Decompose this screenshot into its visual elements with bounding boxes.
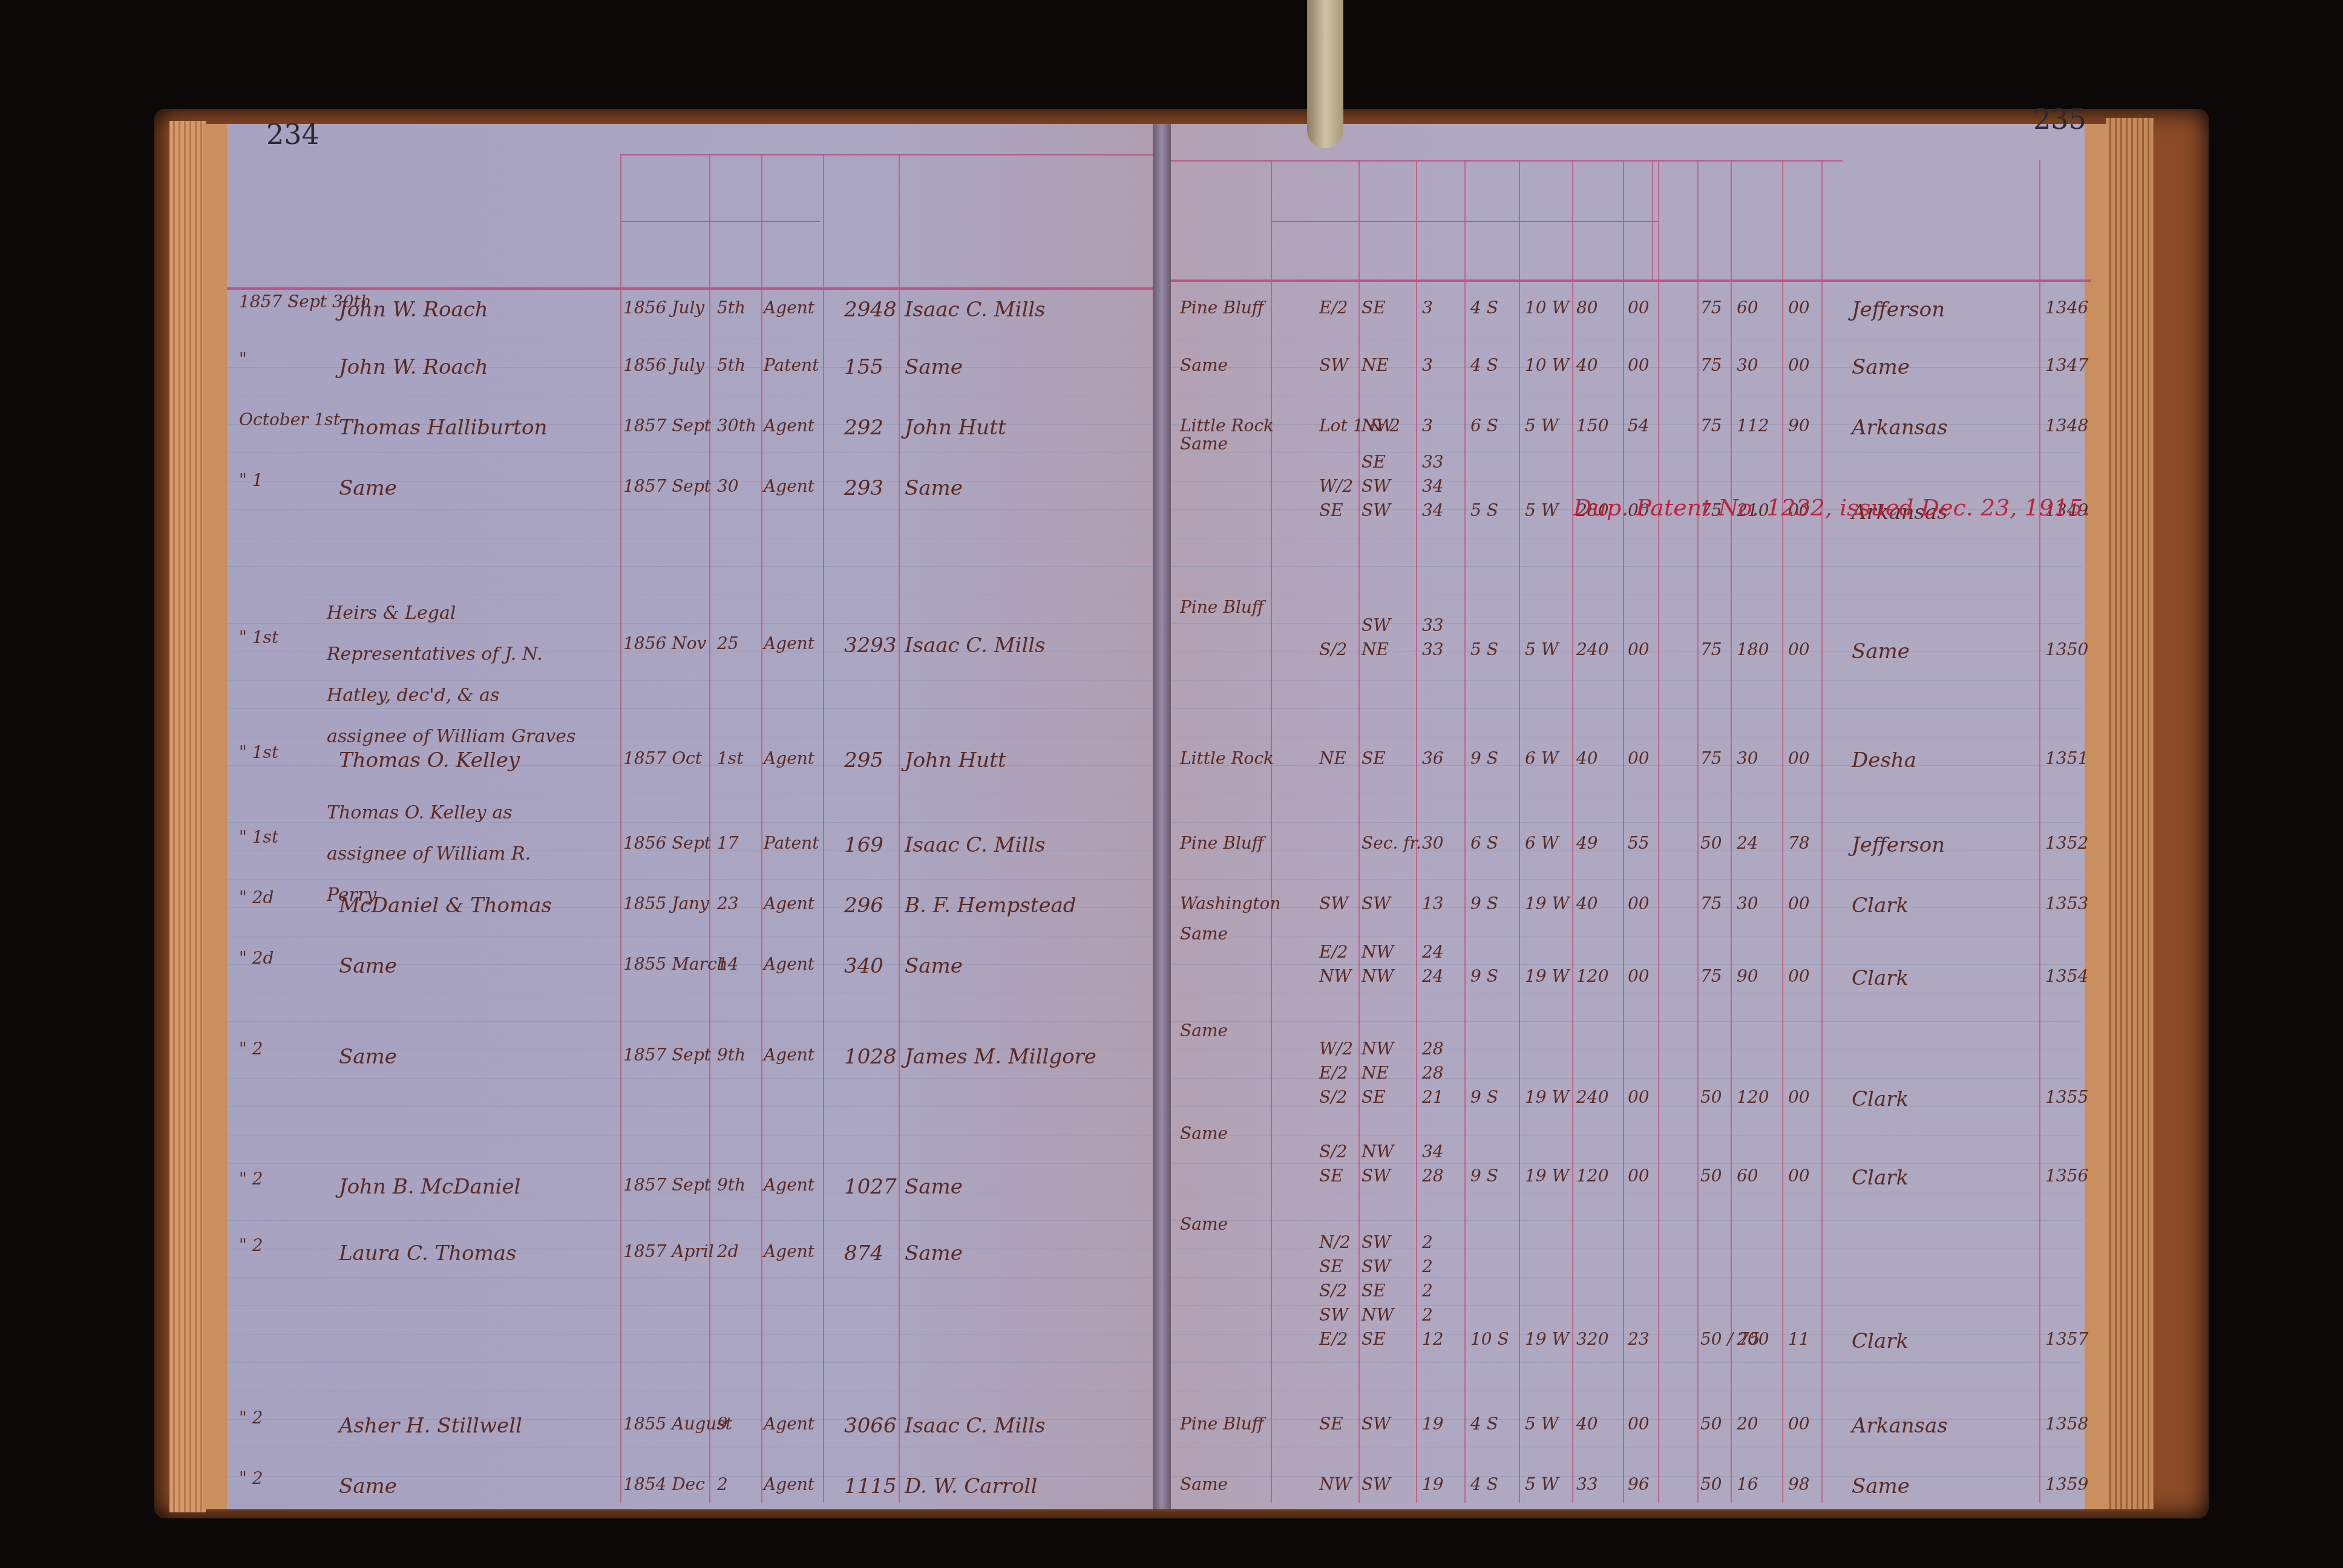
amount-cents: 00 xyxy=(1788,895,1810,912)
certificate-number: 340 xyxy=(844,956,883,976)
quarter-section: SE xyxy=(1362,750,1386,767)
issue-date: 1855 March xyxy=(623,956,728,973)
blue-line xyxy=(227,1106,1153,1107)
register-officer: Same xyxy=(905,357,963,377)
header-bottom-rule xyxy=(227,287,1153,290)
blue-line xyxy=(1171,708,2082,709)
patent-number: 1355 xyxy=(2045,1089,2088,1106)
amount-dollars: 60 xyxy=(1737,1168,1758,1184)
tract-part: S/2 xyxy=(1319,1143,1347,1160)
tract-part: SW xyxy=(1319,1307,1348,1324)
county: Jefferson xyxy=(1852,835,1945,855)
amount-dollars: 16 xyxy=(1737,1476,1758,1493)
issued-by: Agent xyxy=(764,895,814,912)
issue-date: 1854 Dec xyxy=(623,1476,705,1493)
section-number: 24 xyxy=(1422,944,1444,961)
land-office: Pine Bluff xyxy=(1180,1416,1264,1432)
patent-number: 1357 xyxy=(2045,1331,2088,1348)
page-edges-left xyxy=(169,121,206,1512)
range: 5 W xyxy=(1525,1416,1559,1432)
tract-part: S/2 xyxy=(1319,1089,1347,1106)
acres: 120 xyxy=(1576,968,1608,985)
price-per-acre: 50 xyxy=(1700,1476,1722,1493)
register-officer: Isaac C. Mills xyxy=(905,1416,1046,1436)
blue-line xyxy=(227,1448,1153,1448)
issued-by: Agent xyxy=(764,1243,814,1260)
county: Jefferson xyxy=(1852,299,1945,320)
blue-line xyxy=(227,396,1153,396)
price-per-acre: 75 xyxy=(1700,299,1722,316)
section-number: 2 xyxy=(1422,1234,1433,1251)
blue-line xyxy=(1171,1192,2082,1192)
blue-line xyxy=(227,538,1153,538)
issued-by: Agent xyxy=(764,417,814,434)
claimant-name: McDaniel & Thomas xyxy=(339,895,552,916)
amount-cents: 78 xyxy=(1788,835,1810,852)
blue-line xyxy=(1171,652,2082,652)
section-number: 12 xyxy=(1422,1331,1444,1348)
amount-dollars: 20 xyxy=(1737,1416,1758,1432)
blue-line xyxy=(1171,1305,2082,1306)
blue-line xyxy=(227,1021,1153,1022)
blue-line xyxy=(1171,964,2082,965)
page-holder-blade xyxy=(1307,0,1343,148)
issued-by: Agent xyxy=(764,1416,814,1432)
township: 10 S xyxy=(1470,1331,1509,1348)
patent-number: 1350 xyxy=(2045,641,2088,658)
blue-line xyxy=(227,452,1153,453)
blue-line xyxy=(1171,1391,2082,1391)
register-officer: Isaac C. Mills xyxy=(905,835,1046,855)
blue-line xyxy=(1171,1106,2082,1107)
section-number: 24 xyxy=(1422,968,1444,985)
tract-part: S/2 xyxy=(1319,1282,1347,1299)
amount-dollars: 30 xyxy=(1737,895,1758,912)
price-per-acre: 75 xyxy=(1700,895,1722,912)
county: Clark xyxy=(1852,1331,1909,1351)
entry-date: October 1st xyxy=(239,411,340,428)
blue-line xyxy=(1171,339,2082,339)
blue-line xyxy=(1171,680,2082,681)
amount-cents: 00 xyxy=(1788,357,1810,374)
column-rule xyxy=(1731,160,1732,1503)
column-rule xyxy=(1782,160,1783,1503)
land-office: Same xyxy=(1180,1022,1228,1039)
blue-line xyxy=(227,1391,1153,1391)
patent-number: 1353 xyxy=(2045,895,2088,912)
claimant-name: Same xyxy=(339,956,397,976)
register-officer: Isaac C. Mills xyxy=(905,299,1046,320)
issue-date: 1857 Sept xyxy=(623,478,711,495)
tract-part: E/2 xyxy=(1319,299,1348,316)
register-officer: B. F. Hempstead xyxy=(905,895,1076,916)
right-page xyxy=(1165,124,2109,1509)
county: Clark xyxy=(1852,1168,1909,1188)
issue-day: 9 xyxy=(717,1416,728,1432)
blue-line xyxy=(1171,765,2082,766)
township: 4 S xyxy=(1470,1416,1498,1432)
entry-date: " 1 xyxy=(239,472,263,489)
amount-cents: 00 xyxy=(1788,750,1810,767)
header-bottom-rule xyxy=(1171,279,2091,282)
quarter-section: SW xyxy=(1362,1258,1391,1275)
blue-line xyxy=(1171,1334,2082,1334)
issue-day: 1st xyxy=(717,750,743,767)
issue-day: 17 xyxy=(717,835,739,852)
amount-cents: 98 xyxy=(1788,1476,1810,1493)
township: 5 S xyxy=(1470,502,1498,519)
tract-part: SE xyxy=(1319,502,1343,519)
township: 4 S xyxy=(1470,357,1498,374)
amount-dollars: 112 xyxy=(1737,417,1769,434)
issued-by: Agent xyxy=(764,1047,814,1063)
blue-line xyxy=(1171,993,2082,993)
issued-by: Agent xyxy=(764,299,814,316)
issued-by: Agent xyxy=(764,956,814,973)
township: 9 S xyxy=(1470,1168,1498,1184)
blue-line xyxy=(227,993,1153,993)
land-office: Same xyxy=(1180,1476,1228,1493)
tract-part: SW xyxy=(1319,895,1348,912)
amount-cents: 00 xyxy=(1788,1089,1810,1106)
certificate-number: 1028 xyxy=(844,1047,897,1067)
acres: 240 xyxy=(1576,1089,1608,1106)
land-office: Pine Bluff xyxy=(1180,299,1264,316)
blue-line xyxy=(227,1078,1153,1079)
township: 9 S xyxy=(1470,968,1498,985)
right-page-number: 235 xyxy=(2033,103,2086,136)
column-rule xyxy=(1623,160,1624,1503)
range: 19 W xyxy=(1525,1089,1569,1106)
blue-line xyxy=(1171,907,2082,908)
section-number: 19 xyxy=(1422,1476,1444,1493)
acres-fraction: 00 xyxy=(1628,357,1650,374)
acres-fraction: 00 xyxy=(1628,968,1650,985)
certificate-number: 1027 xyxy=(844,1177,897,1197)
blue-line xyxy=(227,1220,1153,1221)
price-per-acre: 75 xyxy=(1700,641,1722,658)
acres: 33 xyxy=(1576,1476,1598,1493)
column-rule xyxy=(823,154,824,1503)
register-officer: Same xyxy=(905,956,963,976)
blue-line xyxy=(227,1305,1153,1306)
column-rule xyxy=(709,154,710,1503)
tract-part: E/2 xyxy=(1319,944,1348,961)
column-rule xyxy=(620,154,621,1503)
quarter-section: SW xyxy=(1362,1234,1391,1251)
range: 5 W xyxy=(1525,641,1559,658)
certificate-number: 296 xyxy=(844,895,883,916)
page-edges-right xyxy=(2106,118,2154,1509)
township: 9 S xyxy=(1470,1089,1498,1106)
column-rule xyxy=(1464,160,1466,1503)
section-number: 3 xyxy=(1422,299,1433,316)
tract-part: E/2 xyxy=(1319,1331,1348,1348)
blue-line xyxy=(1171,1249,2082,1249)
acres: 240 xyxy=(1576,641,1608,658)
price-per-acre: 75 xyxy=(1700,357,1722,374)
blue-line xyxy=(227,566,1153,567)
land-office: Same xyxy=(1180,1216,1228,1233)
blue-line xyxy=(227,936,1153,936)
claimant-name: John W. Roach xyxy=(339,299,488,320)
tract-part: SE xyxy=(1319,1258,1343,1275)
quarter-section: SW xyxy=(1362,895,1391,912)
certificate-number: 169 xyxy=(844,835,883,855)
blue-line xyxy=(1171,452,2082,453)
left-page-number: 234 xyxy=(266,118,319,151)
quarter-section: SE xyxy=(1362,1089,1386,1106)
blue-line xyxy=(1171,737,2082,737)
claimant-name: Heirs & Legal Representatives of J. N. H… xyxy=(327,593,581,757)
issue-day: 2d xyxy=(717,1243,739,1260)
range: 19 W xyxy=(1525,968,1569,985)
blue-line xyxy=(1171,1021,2082,1022)
entry-date: " 2 xyxy=(239,1040,263,1057)
quarter-section: SE xyxy=(1362,299,1386,316)
register-officer: Same xyxy=(905,1243,963,1264)
blue-line xyxy=(1171,481,2082,482)
column-rule xyxy=(1271,160,1272,1503)
township: 9 S xyxy=(1470,895,1498,912)
issue-date: 1857 Sept xyxy=(623,1177,711,1194)
certificate-number: 3066 xyxy=(844,1416,897,1436)
tract-part: NW xyxy=(1319,1476,1351,1493)
land-office: Little Rock xyxy=(1180,750,1274,767)
amount-dollars: 90 xyxy=(1737,968,1758,985)
tract-part: W/2 xyxy=(1319,1040,1353,1057)
range: 5 W xyxy=(1525,1476,1559,1493)
issue-day: 9th xyxy=(717,1177,745,1194)
blue-line xyxy=(1171,822,2082,823)
tract-part: SW xyxy=(1319,357,1348,374)
column-rule xyxy=(2039,160,2040,1503)
patent-number: 1352 xyxy=(2045,835,2088,852)
issue-day: 14 xyxy=(717,956,739,973)
tract-part: W/2 xyxy=(1319,478,1353,495)
blue-line xyxy=(1171,794,2082,794)
range: 10 W xyxy=(1525,357,1569,374)
patent-number: 1346 xyxy=(2045,299,2088,316)
range: 19 W xyxy=(1525,1331,1569,1348)
section-number: 34 xyxy=(1422,1143,1444,1160)
blue-line xyxy=(1171,623,2082,624)
amount-cents: 00 xyxy=(1788,1416,1810,1432)
blue-line xyxy=(1171,396,2082,396)
claimant-name: Asher H. Stillwell xyxy=(339,1416,522,1436)
entry-date: " 1st xyxy=(239,629,278,646)
column-rule xyxy=(1572,160,1573,1503)
issue-date: 1856 Sept xyxy=(623,835,711,852)
blue-line xyxy=(1171,851,2082,851)
county: Same xyxy=(1852,357,1910,377)
register-officer: Same xyxy=(905,1177,963,1197)
acres: 40 xyxy=(1576,1416,1598,1432)
section-number: 2 xyxy=(1422,1307,1433,1324)
amount-dollars: 180 xyxy=(1737,641,1769,658)
amount-cents: 00 xyxy=(1788,299,1810,316)
acres-fraction: 00 xyxy=(1628,895,1650,912)
acres: 80 xyxy=(1576,299,1598,316)
entry-date: " 2 xyxy=(239,1410,263,1426)
issued-by: Agent xyxy=(764,1177,814,1194)
issue-day: 9th xyxy=(717,1047,745,1063)
acres-fraction: 23 xyxy=(1628,1331,1650,1348)
register-officer: Same xyxy=(905,478,963,498)
acres: 120 xyxy=(1576,1168,1608,1184)
blue-line xyxy=(1171,936,2082,936)
blue-line xyxy=(227,1163,1153,1164)
quarter-section: NE xyxy=(1362,1065,1389,1082)
county: Clark xyxy=(1852,895,1909,916)
issue-date: 1857 Sept xyxy=(623,417,711,434)
county: Same xyxy=(1852,1476,1910,1497)
claimant-name: Thomas Halliburton xyxy=(339,417,547,438)
land-office: Washington xyxy=(1180,895,1281,912)
range: 5 W xyxy=(1525,417,1559,434)
column-rule xyxy=(1658,160,1659,1503)
issue-day: 25 xyxy=(717,635,739,652)
issue-date: 1857 Sept xyxy=(623,1047,711,1063)
acres-fraction: 00 xyxy=(1628,1089,1650,1106)
blue-line xyxy=(1171,1078,2082,1079)
acres-fraction: 00 xyxy=(1628,750,1650,767)
book-gutter xyxy=(1153,124,1171,1509)
register-officer: D. W. Carroll xyxy=(905,1476,1037,1497)
certificate-number: 292 xyxy=(844,417,883,438)
issue-date: 1855 Jany xyxy=(623,895,709,912)
amount-dollars: 200 xyxy=(1737,1331,1769,1348)
entry-date: " 2d xyxy=(239,889,274,906)
issue-day: 5th xyxy=(717,299,745,316)
quarter-section: SW xyxy=(1362,617,1391,634)
column-rule xyxy=(1821,160,1823,1503)
section-number: 36 xyxy=(1422,750,1444,767)
patent-number: 1347 xyxy=(2045,357,2088,374)
price-per-acre: 50 xyxy=(1700,1416,1722,1432)
section-number: 19 xyxy=(1422,1416,1444,1432)
issue-date: 1857 April xyxy=(623,1243,714,1260)
range: 5 W xyxy=(1525,502,1559,519)
register-officer: John Hutt xyxy=(905,417,1006,438)
issue-date: 1855 August xyxy=(623,1416,732,1432)
tract-part: N/2 xyxy=(1319,1234,1351,1251)
section-number: 33 xyxy=(1422,454,1444,471)
price-per-acre: 50 xyxy=(1700,835,1722,852)
land-office: Little Rock xyxy=(1180,417,1274,434)
blue-line xyxy=(1171,595,2082,595)
section-number: 30 xyxy=(1422,835,1444,852)
quarter-section: SE xyxy=(1362,1331,1386,1348)
patent-number: 1358 xyxy=(2045,1416,2088,1432)
amount-dollars: 120 xyxy=(1737,1089,1769,1106)
tract-part: NW xyxy=(1319,968,1351,985)
section-number: 34 xyxy=(1422,502,1444,519)
column-rule xyxy=(761,154,762,1503)
patent-number: 1356 xyxy=(2045,1168,2088,1184)
blue-line xyxy=(1171,1277,2082,1278)
blue-line xyxy=(227,1277,1153,1278)
claimant-name: Same xyxy=(339,1476,397,1497)
amount-cents: 00 xyxy=(1788,1168,1810,1184)
entry-date: " 2 xyxy=(239,1171,263,1187)
county: Clark xyxy=(1852,968,1909,988)
certificate-number: 874 xyxy=(844,1243,883,1264)
blue-line xyxy=(1171,1448,2082,1448)
amount-cents: 90 xyxy=(1788,417,1810,434)
acres-fraction: 00 xyxy=(1628,299,1650,316)
column-rule xyxy=(1697,160,1699,1503)
quarter-section: SW xyxy=(1362,1416,1391,1432)
price-per-acre: 50 xyxy=(1700,1089,1722,1106)
issue-day: 2 xyxy=(717,1476,728,1493)
acres-fraction: 00 xyxy=(1628,641,1650,658)
quarter-section: SW xyxy=(1362,502,1391,519)
entry-date: " 2 xyxy=(239,1470,263,1487)
quarter-section: NW xyxy=(1362,1307,1394,1324)
column-rule xyxy=(1652,160,1653,281)
acres-fraction: 00 xyxy=(1628,1416,1650,1432)
claimant-name: John B. McDaniel xyxy=(339,1177,520,1197)
section-number: 34 xyxy=(1422,478,1444,495)
quarter-section: SW xyxy=(1362,1476,1391,1493)
range: 10 W xyxy=(1525,299,1569,316)
quarter-section: NE xyxy=(1362,357,1389,374)
patent-number: 1359 xyxy=(2045,1476,2088,1493)
issue-day: 30 xyxy=(717,478,739,495)
issue-date: 1856 July xyxy=(623,357,704,374)
land-office: Pine Bluff xyxy=(1180,835,1264,852)
quarter-section: SW xyxy=(1362,478,1391,495)
range: 19 W xyxy=(1525,895,1569,912)
column-rule xyxy=(1519,160,1520,1503)
certificate-number: 295 xyxy=(844,750,883,771)
entry-date: " 2d xyxy=(239,950,274,967)
acres: 40 xyxy=(1576,895,1598,912)
blue-line xyxy=(227,1135,1153,1135)
quarter-section: NW xyxy=(1362,968,1394,985)
land-office: Same xyxy=(1180,357,1228,374)
issued-by: Agent xyxy=(764,635,814,652)
entry-date: " 1st xyxy=(239,829,278,846)
quarter-section: SE xyxy=(1362,454,1386,471)
certificate-number: 293 xyxy=(844,478,883,498)
acres: 40 xyxy=(1576,357,1598,374)
price-per-acre: 50 xyxy=(1700,1168,1722,1184)
certificate-number: 2948 xyxy=(844,299,897,320)
acres-fraction: 54 xyxy=(1628,417,1650,434)
quarter-section: SW xyxy=(1362,1168,1391,1184)
section-number: 13 xyxy=(1422,895,1444,912)
section-number: 3 xyxy=(1422,357,1433,374)
blue-line xyxy=(227,1362,1153,1363)
county: Clark xyxy=(1852,1089,1909,1109)
patent-number: 1354 xyxy=(2045,968,2088,985)
land-office: Same xyxy=(1180,436,1228,452)
issued-by: Patent xyxy=(764,357,819,374)
register-officer: James M. Millgore xyxy=(905,1047,1096,1067)
land-office: Pine Bluff xyxy=(1180,599,1264,616)
register-officer: Isaac C. Mills xyxy=(905,635,1046,656)
price-per-acre: 75 xyxy=(1700,417,1722,434)
issued-by: Agent xyxy=(764,1476,814,1493)
column-rule xyxy=(1416,160,1417,1503)
range: 19 W xyxy=(1525,1168,1569,1184)
section-number: 2 xyxy=(1422,1282,1433,1299)
issued-by: Agent xyxy=(764,750,814,767)
amount-cents: 00 xyxy=(1788,968,1810,985)
township: 4 S xyxy=(1470,1476,1498,1493)
